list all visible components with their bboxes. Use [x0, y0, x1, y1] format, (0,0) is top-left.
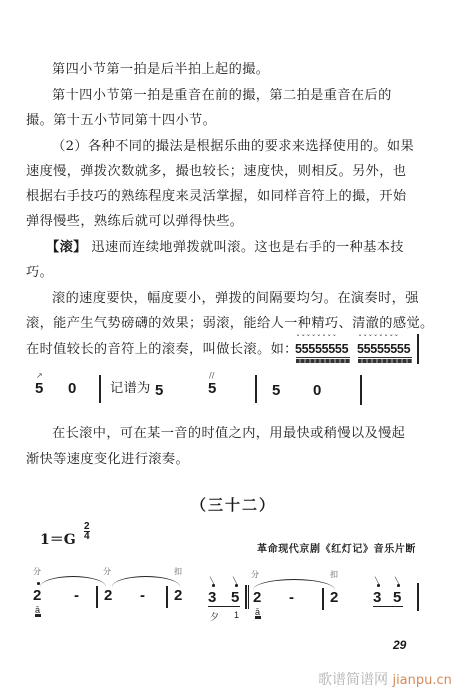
text-line-9: 巧。 — [26, 265, 53, 281]
note: 2 — [253, 590, 261, 606]
fingering-bar — [35, 614, 41, 617]
note: 0 — [313, 383, 321, 399]
watermark-en: jianpu.cn — [392, 673, 451, 688]
barline — [255, 375, 257, 403]
mark-tremolo: // — [209, 371, 214, 380]
barline — [248, 585, 249, 609]
time-sig-denominator: 4 — [84, 531, 90, 542]
tremolo-group-2: 55555555 — [357, 343, 410, 356]
underline — [208, 606, 240, 607]
note: 2 — [33, 588, 41, 604]
note: 3 — [373, 590, 381, 606]
barline — [245, 585, 247, 609]
text-line-14: 渐快等速度变化进行滚奏。 — [26, 452, 189, 468]
page-number: 29 — [393, 638, 406, 652]
text-line-12: 在时值较长的音符上的滚奏，叫做长滚。如： — [26, 342, 298, 358]
text-line-2: 第十四小节第一拍是重音在前的撮，第二拍是重音在后的 — [52, 88, 392, 104]
dot-high — [212, 584, 215, 587]
tremolo-group-1: 55555555 — [295, 343, 348, 356]
underline — [373, 606, 403, 607]
note: 5 — [393, 590, 401, 606]
barline — [417, 334, 419, 364]
technique-mark: 扣 — [174, 566, 182, 577]
note: 3 — [208, 590, 216, 606]
dash: - — [289, 590, 294, 606]
piece-title: （三十二） — [0, 494, 467, 515]
text-line-1: 第四小节第一拍是后半拍上起的撮。 — [52, 62, 269, 78]
text-line-4: （2）各种不同的撮法是根据乐曲的要求来选择使用的。如果 — [52, 139, 414, 155]
note: 5 — [208, 381, 216, 397]
text-line-10: 滚的速度要快，幅度要小，弹拨的间隔要均匀。在演奏时，强 — [52, 291, 419, 307]
barline — [417, 583, 419, 611]
tremolo-underline-1 — [296, 357, 350, 358]
dot-high — [377, 584, 380, 587]
fingering-bar — [255, 616, 261, 619]
note: 5 — [35, 381, 43, 397]
dot-high — [37, 582, 40, 585]
tremolo-beam-2 — [358, 359, 412, 363]
term-gun-heading: 【滚】 — [46, 240, 87, 255]
technique-mark: 分 — [103, 566, 111, 577]
dash: - — [140, 588, 145, 604]
note: 2 — [104, 588, 112, 604]
tremolo-underline-2 — [358, 357, 412, 358]
text-line-8: 【滚】 迅速而连续地弹拨就叫滚。这也是右手的一种基本技 — [46, 240, 404, 256]
technique-mark: 分 — [33, 566, 41, 577]
dot-high — [235, 584, 238, 587]
dot-high — [397, 584, 400, 587]
dash: - — [74, 588, 79, 604]
time-signature: 2 4 — [84, 522, 90, 541]
note: 0 — [68, 381, 76, 397]
technique-mark: 扣 — [330, 569, 338, 580]
key-signature: 1＝G — [40, 529, 76, 549]
note: 5 — [155, 383, 163, 399]
note: 2 — [330, 590, 338, 606]
fingering: 夕 — [210, 610, 219, 623]
text-line-13: 在长滚中，可在某一音的时值之内，用最快或稍慢以及慢起 — [52, 426, 405, 442]
barline — [360, 375, 362, 405]
barline — [96, 586, 98, 608]
text-line-3: 撮。第十五小节同第十四小节。 — [26, 113, 216, 129]
barline — [99, 375, 101, 403]
tremolo-beam-1 — [296, 359, 350, 363]
slur — [112, 576, 180, 587]
text-line-7: 弹得慢些，熟练后就可以弹得快些。 — [26, 214, 243, 230]
term-gun-definition: 迅速而连续地弹拨就叫滚。这也是右手的一种基本技 — [87, 240, 404, 255]
text-line-11: 滚，能产生气势磅礴的效果；弱滚，能给人一种精巧、清澈的感觉。 — [26, 316, 434, 332]
text-line-6: 根据右手技巧的熟练程度来灵活掌握，如同样音符上的撮，开始 — [26, 189, 406, 205]
barline — [166, 586, 168, 608]
note: 5 — [272, 383, 280, 399]
note: 5 — [231, 590, 239, 606]
mark-accent: ↗ — [36, 371, 43, 380]
barline — [322, 588, 324, 610]
fingering: 1 — [234, 610, 239, 620]
watermark: 歌谱简谱网 jianpu.cn — [318, 669, 452, 689]
piece-source: 革命现代京剧《红灯记》音乐片断 — [257, 540, 416, 555]
text-line-5: 速度慢，弹拨次数就多，撮也较长；速度快，则相反。另外，也 — [26, 164, 406, 180]
technique-mark: 分 — [251, 569, 259, 580]
watermark-cn: 歌谱简谱网 — [318, 672, 388, 688]
note: 2 — [174, 588, 182, 604]
notation-label: 记谱为 — [110, 381, 151, 397]
